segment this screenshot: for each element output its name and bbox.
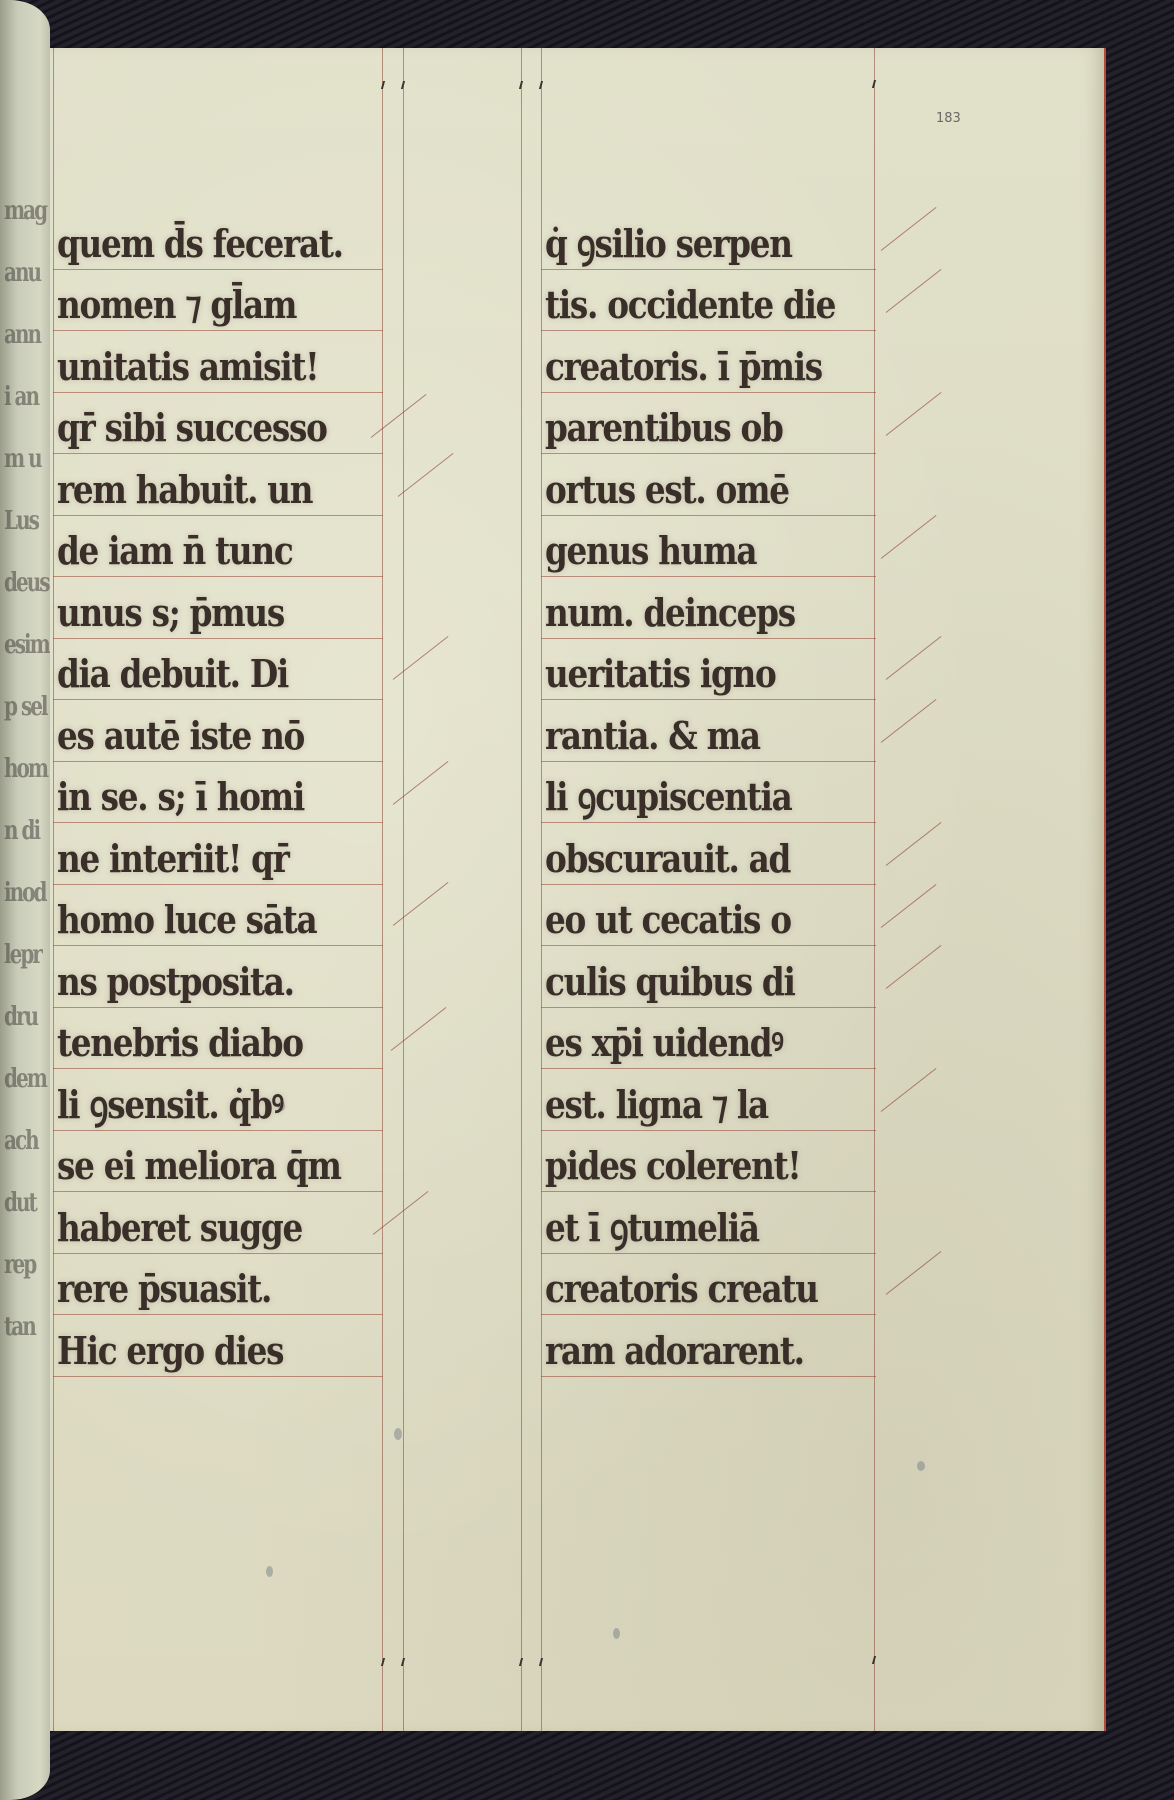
- text-line: qr̄ sibi successo: [53, 393, 383, 455]
- pricking-mark: [872, 1656, 876, 1664]
- text-line: et ī ꝯtumeliā: [541, 1192, 876, 1254]
- text-line: ram adorarent.: [541, 1315, 876, 1377]
- text-line: creatoris creatu: [541, 1254, 876, 1316]
- pricking-mark: [381, 81, 385, 89]
- pricking-mark: [539, 1658, 543, 1666]
- text-line: homo luce sāta: [53, 885, 383, 947]
- margin-fragment: i an: [4, 380, 50, 429]
- text-line: rem habuit. un: [53, 454, 383, 516]
- ruling-line: [521, 48, 522, 1731]
- margin-fragment: dem: [4, 1062, 50, 1111]
- text-line: in se. s; ī homi: [53, 762, 383, 824]
- text-line: tenebris diabo: [53, 1008, 383, 1070]
- text-line: es xp̄i uidendꝰ: [541, 1008, 876, 1070]
- text-line: de iam n̄ tunc: [53, 516, 383, 578]
- margin-fragment: mag: [4, 194, 50, 243]
- margin-fragment: ach: [4, 1124, 50, 1173]
- text-line: tis. occidente die: [541, 270, 876, 332]
- text-line: eo ut cecatis o: [541, 885, 876, 947]
- text-line: rere p̄suasit.: [53, 1254, 383, 1316]
- right-text-column: q̇ ꝯsilio serpen tis. occidente die crea…: [541, 208, 876, 1377]
- text-line: li ꝯcupiscentia: [541, 762, 876, 824]
- text-line: unus s; p̄mus: [53, 577, 383, 639]
- text-line: rantia. & ma: [541, 700, 876, 762]
- text-line: pides colerent!: [541, 1131, 876, 1193]
- margin-fragment: inod: [4, 876, 50, 925]
- pricking-mark: [539, 81, 543, 89]
- margin-fragment: dut: [4, 1186, 50, 1235]
- text-line: genus huma: [541, 516, 876, 578]
- margin-fragment: tan: [4, 1310, 50, 1359]
- margin-fragment: rep: [4, 1248, 50, 1297]
- folio-number: 183: [936, 111, 961, 126]
- text-line: ueritatis igno: [541, 639, 876, 701]
- text-line: creatoris. ī p̄mis: [541, 331, 876, 393]
- text-line: obscurauit. ad: [541, 823, 876, 885]
- pricking-mark: [401, 1658, 405, 1666]
- text-line: ne interiit! qr̄: [53, 823, 383, 885]
- text-line: est. ligna ⁊ la: [541, 1069, 876, 1131]
- text-line: ortus est. omē: [541, 454, 876, 516]
- ruling-line: [403, 48, 404, 1731]
- text-line: parentibus ob: [541, 393, 876, 455]
- text-line: num. deinceps: [541, 577, 876, 639]
- margin-fragment: Lus: [4, 504, 50, 553]
- text-line: se ei meliora q̄m: [53, 1131, 383, 1193]
- margin-fragment: n di: [4, 814, 50, 863]
- margin-fragment: p sel: [4, 690, 50, 739]
- text-line: ns postposita.: [53, 946, 383, 1008]
- stain-spot: [917, 1461, 925, 1471]
- pricking-mark: [872, 80, 876, 88]
- margin-fragment: hom: [4, 752, 50, 801]
- text-line: es autē iste nō: [53, 700, 383, 762]
- pricking-mark: [401, 81, 405, 89]
- stain-spot: [394, 1428, 402, 1440]
- left-text-column: quem d̄s fecerat. nomen ⁊ gl̄am unitatis…: [53, 208, 383, 1377]
- pricking-mark: [519, 81, 523, 89]
- text-line: nomen ⁊ gl̄am: [53, 270, 383, 332]
- text-line: li ꝯsensit. q̇bꝰ: [53, 1069, 383, 1131]
- margin-fragment: m u: [4, 442, 50, 491]
- text-line: Hic ergo dies: [53, 1315, 383, 1377]
- stain-spot: [266, 1566, 273, 1577]
- margin-fragment: dru: [4, 1000, 50, 1049]
- pricking-mark: [381, 1658, 385, 1666]
- margin-fragment: ann: [4, 318, 50, 367]
- text-line: culis quibus di: [541, 946, 876, 1008]
- stain-spot: [613, 1628, 620, 1639]
- text-line: haberet sugge: [53, 1192, 383, 1254]
- text-line: unitatis amisit!: [53, 331, 383, 393]
- text-line: dia debuit. Di: [53, 639, 383, 701]
- margin-fragment: esim: [4, 628, 50, 677]
- margin-fragment: anu: [4, 256, 50, 305]
- margin-fragment: deus: [4, 566, 50, 615]
- previous-leaf-edge: mag anu ann i an m u Lus deus esim p sel…: [0, 0, 50, 1800]
- text-line: q̇ ꝯsilio serpen: [541, 208, 876, 270]
- pricking-mark: [519, 1658, 523, 1666]
- text-line: quem d̄s fecerat.: [53, 208, 383, 270]
- margin-fragment: lepr: [4, 938, 50, 987]
